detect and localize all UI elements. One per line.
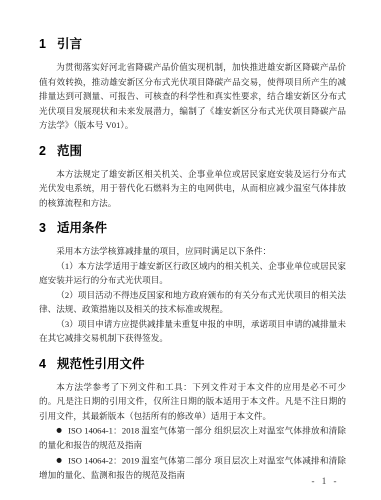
section-number: 2 bbox=[39, 144, 46, 158]
section-number: 3 bbox=[39, 221, 46, 235]
section-normative-references: 4规范性引用文件 本方法学参考了下列文件和工具：下列文件对于本文件的应用是必不可… bbox=[39, 356, 346, 483]
section-introduction: 1引言 为贯彻落实好河北省降碳产品价值实现机制，加快推进雄安新区降碳产品价值有效… bbox=[39, 36, 346, 133]
section-title: 适用条件 bbox=[57, 221, 107, 235]
bullet-icon: ● bbox=[56, 426, 62, 434]
reference-item-iso14064-2: ●ISO 14064-2：2019 温室气体第二部分 项目层次上对温室气体减排和… bbox=[39, 453, 346, 483]
document-page: 1引言 为贯彻落实好河北省降碳产品价值实现机制，加快推进雄安新区降碳产品价值有效… bbox=[0, 0, 381, 500]
reference-text: ISO 14064-1：2018 温室气体第一部分 组织层次上对温室气体排放和清… bbox=[39, 426, 346, 451]
condition-item-1: （1）本方法学适用于雄安新区行政区域内的相关机关、企事业单位或居民家庭安装并运行… bbox=[39, 259, 346, 288]
section-heading: 2范围 bbox=[39, 143, 346, 159]
section-title: 引言 bbox=[57, 37, 82, 51]
section-applicable-conditions: 3适用条件 采用本方法学核算减排量的项目，应同时满足以下条件： （1）本方法学适… bbox=[39, 220, 346, 346]
section-heading: 4规范性引用文件 bbox=[39, 356, 346, 372]
page-number: - 1 - bbox=[312, 476, 340, 486]
paragraph: 采用本方法学核算减排量的项目，应同时满足以下条件： bbox=[39, 244, 346, 259]
section-heading: 3适用条件 bbox=[39, 220, 346, 236]
section-scope: 2范围 本方法规定了雄安新区相关机关、企事业单位或居民家庭安装及运行分布式光伏发… bbox=[39, 143, 346, 211]
section-number: 4 bbox=[39, 357, 46, 371]
paragraph: 为贯彻落实好河北省降碳产品价值实现机制，加快推进雄安新区降碳产品价值有效转换，推… bbox=[39, 60, 346, 133]
section-title: 范围 bbox=[57, 144, 82, 158]
section-heading: 1引言 bbox=[39, 36, 346, 52]
section-title: 规范性引用文件 bbox=[57, 357, 145, 371]
reference-item-iso14064-1: ●ISO 14064-1：2018 温室气体第一部分 组织层次上对温室气体排放和… bbox=[39, 423, 346, 453]
bullet-icon: ● bbox=[56, 456, 62, 464]
section-number: 1 bbox=[39, 37, 46, 51]
condition-item-3: （3）项目申请方应提供减排量未重复申报的申明，承诺项目申请的减排量未在其它减排交… bbox=[39, 317, 346, 346]
reference-text: ISO 14064-2：2019 温室气体第二部分 项目层次上对温室气体减排和清… bbox=[39, 455, 346, 480]
condition-item-2: （2）项目活动不得违反国家和地方政府颁布的有关分布式光伏项目的相关法律、法规、政… bbox=[39, 288, 346, 317]
paragraph: 本方法规定了雄安新区相关机关、企事业单位或居民家庭安装及运行分布式光伏发电系统，… bbox=[39, 167, 346, 211]
paragraph: 本方法学参考了下列文件和工具：下列文件对于本文件的应用是必不可少的。凡是注日期的… bbox=[39, 380, 346, 424]
